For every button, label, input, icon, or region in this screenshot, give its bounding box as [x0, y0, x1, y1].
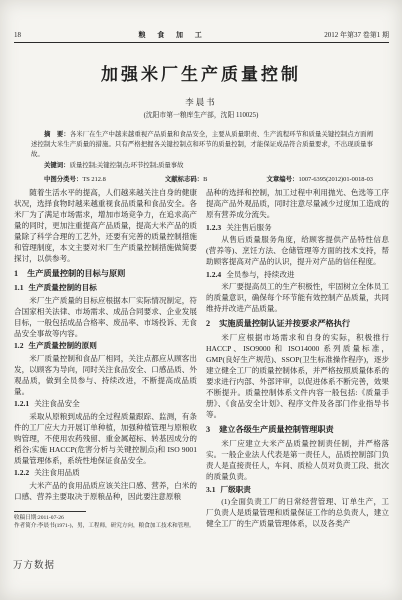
subsection-heading-3-1: 3.1厂级职责 — [206, 484, 389, 495]
keywords-text: 质量控制;关键控制点;环节控制;质量事故 — [70, 162, 184, 169]
doc-code-value: B — [203, 176, 207, 183]
section-heading-3: 3建立各级生产质量控制管理职责 — [206, 424, 389, 435]
paragraph: 米厂生产质量的目标应根据本厂实际情况制定，符合国家相关法律、市场需求、成品合同要… — [14, 295, 197, 339]
footnote: 收稿日期:2011-07-26 作者简介:李晨书(1971-)，男，工程师，研究… — [14, 511, 197, 530]
section-number: 1 — [14, 269, 18, 278]
paragraph: 米厂质量控制和食品厂相同，关注点都应从顾客出发，以顾客为导向，同时关注食品安全、… — [14, 353, 197, 397]
subsection-heading-1-2: 1.2生产质量控制的原则 — [14, 340, 197, 351]
left-column: 随着生活水平的提高，人们越来越关注自身的健康状况，选择食物时越来越重视食品质量和… — [14, 187, 197, 530]
section-heading-2: 2实施质量控制认证并按要求严格执行 — [206, 318, 389, 329]
article-id: 文章编号：1007-6395(2012)01-0018-03 — [266, 175, 373, 185]
paragraph: 米厂应建立大米产品质量控制责任制，并严格落实。一般企业法人代表是第一责任人，品质… — [206, 438, 389, 482]
paragraph: (1)全面负责工厂的日常经营管理、订单生产，工厂负责人是质量管理和质量保证工作的… — [206, 496, 389, 529]
subsection-number: 1.1 — [14, 283, 24, 292]
clc-label: 中图分类号： — [44, 176, 82, 183]
subsubsection-number: 1.2.4 — [206, 270, 221, 279]
subsubsection-title: 关注食用品质 — [34, 468, 80, 477]
author-affiliation: (沈阳市第一粮库生产部，沈阳 110025) — [0, 109, 402, 119]
abstract-label: 摘 要： — [44, 131, 70, 138]
article-title: 加强米厂生产质量控制 — [0, 60, 402, 85]
journal-name: 粮 食 加 工 — [139, 31, 207, 40]
section-number: 3 — [206, 425, 210, 434]
subsubsection-number: 1.2.1 — [14, 399, 29, 408]
paragraph: 米厂应根据市场需求和自身的实际，积极推行 HACCP、ISO9000 和 ISO… — [206, 332, 389, 420]
page-number: 18 — [14, 31, 21, 40]
subsection-number: 1.2 — [14, 341, 24, 350]
subsubsection-number: 1.2.3 — [206, 223, 221, 232]
subsection-heading-1-1: 1.1生产质量控制的目标 — [14, 282, 197, 293]
keywords: 关键词：质量控制;关键控制点;环节控制;质量事故 — [31, 161, 373, 171]
author-bio: 作者简介:李晨书(1971-)，男，工程师，研究方向，粮食加工技术和管理。 — [14, 522, 197, 530]
document-code: 文献标志码：B — [165, 175, 208, 185]
section-heading-1: 1生产质量控制的目标与原则 — [14, 268, 197, 279]
front-matter: 摘 要：各米厂在生产中越来越重视产品质量和食品安全，主要从质量职责、生产流程环节… — [31, 130, 373, 184]
page-header: 18 粮 食 加 工 2012 年第37 卷第1 期 — [14, 31, 389, 40]
subsubsection-heading-1-2-1: 1.2.1关注食品安全 — [14, 398, 197, 409]
right-column: 品种的选择和控制，加工过程中利用抛光、色选等工序提高产品外观品质，同时注意尽量减… — [206, 187, 389, 530]
received-date: 收稿日期:2011-07-26 — [14, 514, 197, 522]
section-title: 建立各级生产质量控制管理职责 — [219, 425, 334, 434]
subsubsection-heading-1-2-4: 1.2.4全员参与，持续改进 — [206, 269, 389, 280]
intro-paragraph: 随着生活水平的提高，人们越来越关注自身的健康状况，选择食物时越来越重视食品质量和… — [14, 187, 197, 264]
section-title: 实施质量控制认证并按要求严格执行 — [219, 319, 350, 328]
section-number: 2 — [206, 319, 210, 328]
article-id-label: 文章编号： — [266, 176, 298, 183]
subsubsection-title: 关注售后服务 — [226, 223, 272, 232]
paragraph: 大米产品的食用品质应该关注口感、营养，白米的口感、营养主要取决于原粮品种，因此要… — [14, 480, 197, 502]
journal-page: 18 粮 食 加 工 2012 年第37 卷第1 期 加强米厂生产质量控制 李晨… — [0, 0, 402, 600]
paragraph: 从售后质量服务角度，给顾客提供产品特性信息(营养等)、烹饪方法、仓储管理等方面的… — [206, 234, 389, 267]
keywords-label: 关键词： — [44, 162, 70, 169]
section-title: 生产质量控制的目标与原则 — [27, 269, 125, 278]
header-rule — [14, 42, 389, 43]
issue-info: 2012 年第37 卷第1 期 — [324, 31, 389, 40]
body-columns: 随着生活水平的提高，人们越来越关注自身的健康状况，选择食物时越来越重视食品质量和… — [14, 187, 389, 530]
doc-code-label: 文献标志码： — [165, 176, 203, 183]
subsubsection-title: 全员参与，持续改进 — [226, 270, 294, 279]
paragraph: 采取从原粮到成品的全过程质量跟踪、监测，有条件的工厂应大力开展订单种植，加强种植… — [14, 411, 197, 466]
subsection-title: 生产质量控制的原则 — [29, 341, 97, 350]
subsubsection-heading-1-2-3: 1.2.3关注售后服务 — [206, 222, 389, 233]
article-id-value: 1007-6395(2012)01-0018-03 — [298, 176, 373, 183]
subsection-title: 生产质量控制的目标 — [29, 283, 97, 292]
author-name: 李晨书 — [0, 96, 402, 108]
watermark-wanfang: 万方数据 — [13, 557, 55, 571]
meta-row: 中图分类号：TS 212.8 文献标志码：B 文章编号：1007-6395(20… — [31, 175, 373, 185]
subsubsection-number: 1.2.2 — [14, 468, 29, 477]
footnote-rule — [14, 511, 86, 512]
abstract: 摘 要：各米厂在生产中越来越重视产品质量和食品安全，主要从质量职责、生产流程环节… — [31, 130, 373, 159]
clc-value: TS 212.8 — [82, 176, 105, 183]
subsubsection-title: 关注食品安全 — [34, 399, 80, 408]
subsection-title: 厂级职责 — [221, 485, 251, 494]
paragraph: 米厂要提高员工的生产积极性，牢固树立全体员工的质量意识，确保每个环节能有效控制产… — [206, 281, 389, 314]
continued-paragraph: 品种的选择和控制，加工过程中利用抛光、色选等工序提高产品外观品质，同时注意尽量减… — [206, 187, 389, 220]
abstract-text: 各米厂在生产中越来越重视产品质量和食品安全，主要从质量职责、生产流程环节和质量关… — [31, 131, 373, 158]
subsection-number: 3.1 — [206, 485, 216, 494]
clc-number: 中图分类号：TS 212.8 — [44, 175, 106, 185]
subsubsection-heading-1-2-2: 1.2.2关注食用品质 — [14, 467, 197, 478]
